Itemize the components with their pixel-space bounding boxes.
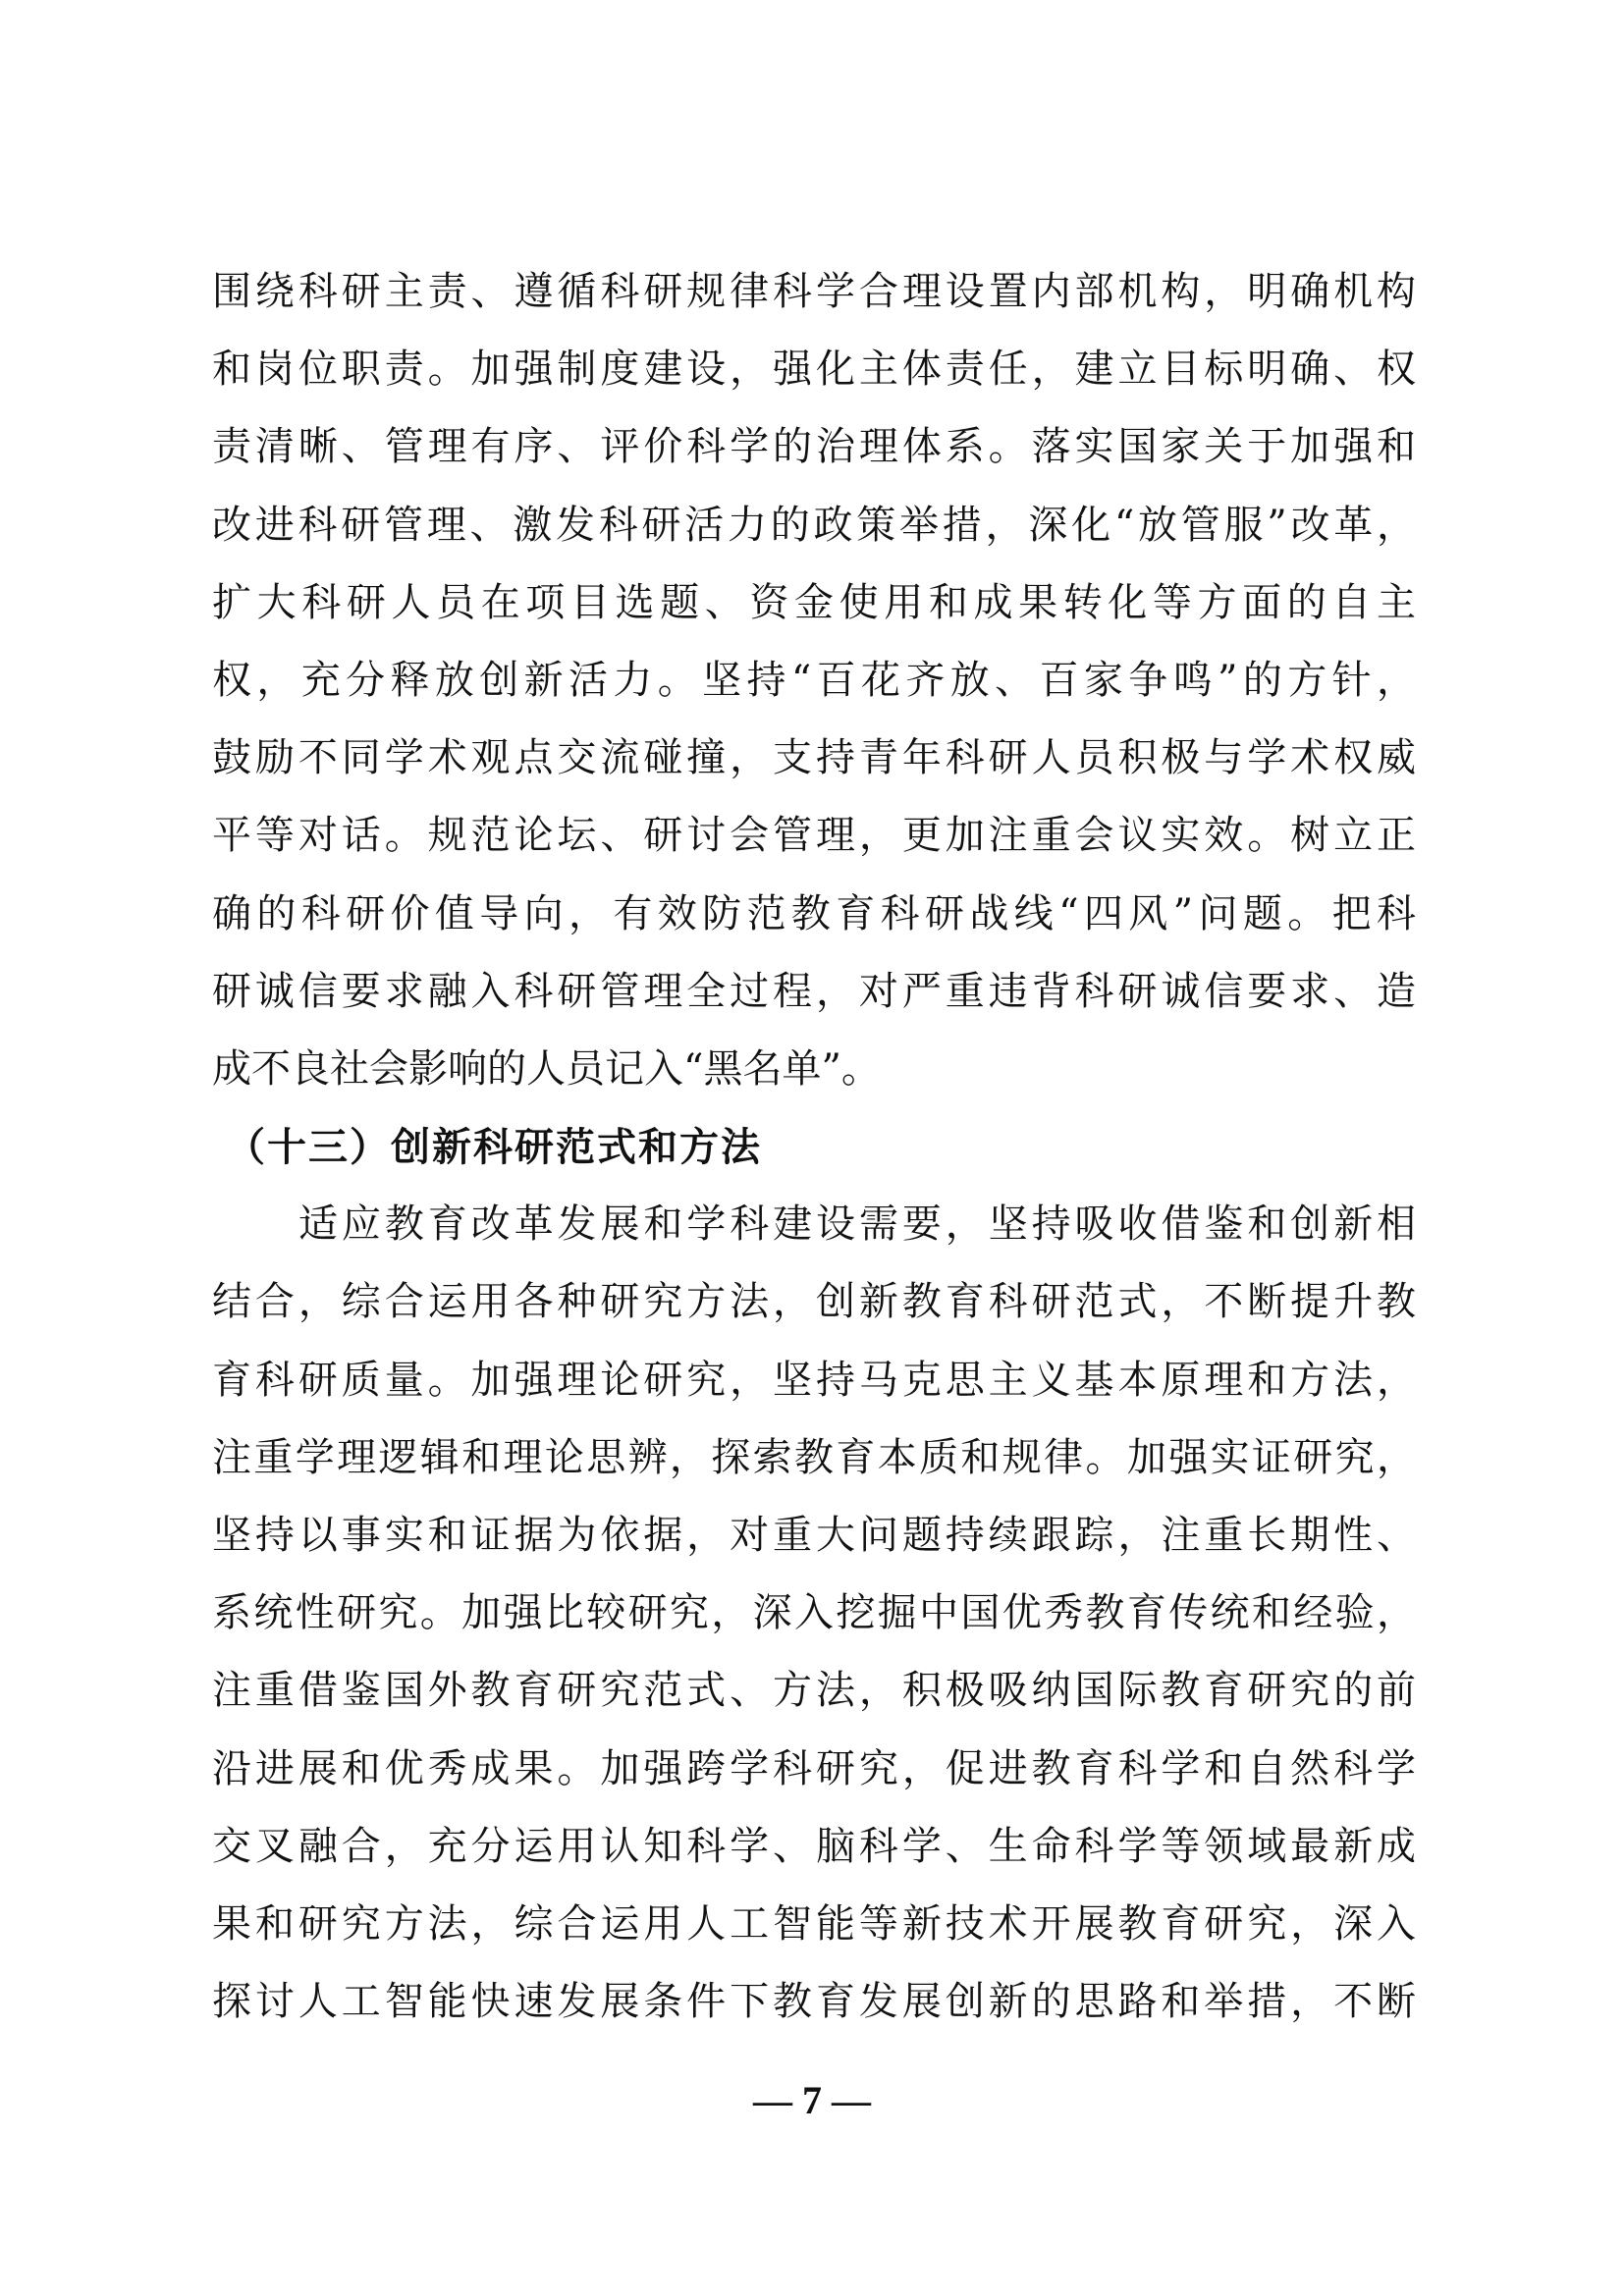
text-line: 研诚信要求融入科研管理全过程，对严重违背科研诚信要求、造 <box>212 953 1416 1031</box>
section-heading: （十三）创新科研范式和方法 <box>212 1108 1416 1186</box>
text-line: 责清晰、管理有序、评价科学的治理体系。落实国家关于加强和 <box>212 408 1416 486</box>
text-line: 平等对话。规范论坛、研讨会管理，更加注重会议实效。树立正 <box>212 797 1416 875</box>
text-line: 权，充分释放创新活力。坚持“百花齐放、百家争鸣”的方针， <box>212 642 1416 720</box>
text-line: 探讨人工智能快速发展条件下教育发展创新的思路和举措，不断 <box>212 1963 1416 2041</box>
text-line: 围绕科研主责、遵循科研规律科学合理设置内部机构，明确机构 <box>212 253 1416 331</box>
text-line: 交叉融合，充分运用认知科学、脑科学、生命科学等领域最新成 <box>212 1808 1416 1886</box>
paragraph-2: 适应教育改革发展和学科建设需要，坚持吸收借鉴和创新相 结合，综合运用各种研究方法… <box>212 1186 1416 2041</box>
text-line: 结合，综合运用各种研究方法，创新教育科研范式，不断提升教 <box>212 1263 1416 1341</box>
text-line: 扩大科研人员在项目选题、资金使用和成果转化等方面的自主 <box>212 564 1416 642</box>
text-line: 成不良社会影响的人员记入“黑名单”。 <box>212 1031 1416 1108</box>
text-line: 系统性研究。加强比较研究，深入挖掘中国优秀教育传统和经验， <box>212 1575 1416 1652</box>
text-line: 鼓励不同学术观点交流碰撞，支持青年科研人员积极与学术权威 <box>212 720 1416 797</box>
text-line: 育科研质量。加强理论研究，坚持马克思主义基本原理和方法， <box>212 1342 1416 1419</box>
text-line: 果和研究方法，综合运用人工智能等新技术开展教育研究，深入 <box>212 1886 1416 1963</box>
text-line: 和岗位职责。加强制度建设，强化主体责任，建立目标明确、权 <box>212 331 1416 408</box>
text-line: 注重学理逻辑和理论思辨，探索教育本质和规律。加强实证研究， <box>212 1419 1416 1497</box>
body-text: 围绕科研主责、遵循科研规律科学合理设置内部机构，明确机构 和岗位职责。加强制度建… <box>212 253 1416 2041</box>
text-line: 适应教育改革发展和学科建设需要，坚持吸收借鉴和创新相 <box>212 1186 1416 1263</box>
text-line: 注重借鉴国外教育研究范式、方法，积极吸纳国际教育研究的前 <box>212 1652 1416 1730</box>
paragraph-1: 围绕科研主责、遵循科研规律科学合理设置内部机构，明确机构 和岗位职责。加强制度建… <box>212 253 1416 1108</box>
text-line: 改进科研管理、激发科研活力的政策举措，深化“放管服”改革， <box>212 487 1416 564</box>
text-line: 坚持以事实和证据为依据，对重大问题持续跟踪，注重长期性、 <box>212 1497 1416 1575</box>
document-page: 围绕科研主责、遵循科研规律科学合理设置内部机构，明确机构 和岗位职责。加强制度建… <box>0 0 1624 2296</box>
text-line: 确的科研价值导向，有效防范教育科研战线“四风”问题。把科 <box>212 876 1416 953</box>
page-number: — 7 — <box>0 2073 1624 2128</box>
text-line: 沿进展和优秀成果。加强跨学科研究，促进教育科学和自然科学 <box>212 1731 1416 1808</box>
